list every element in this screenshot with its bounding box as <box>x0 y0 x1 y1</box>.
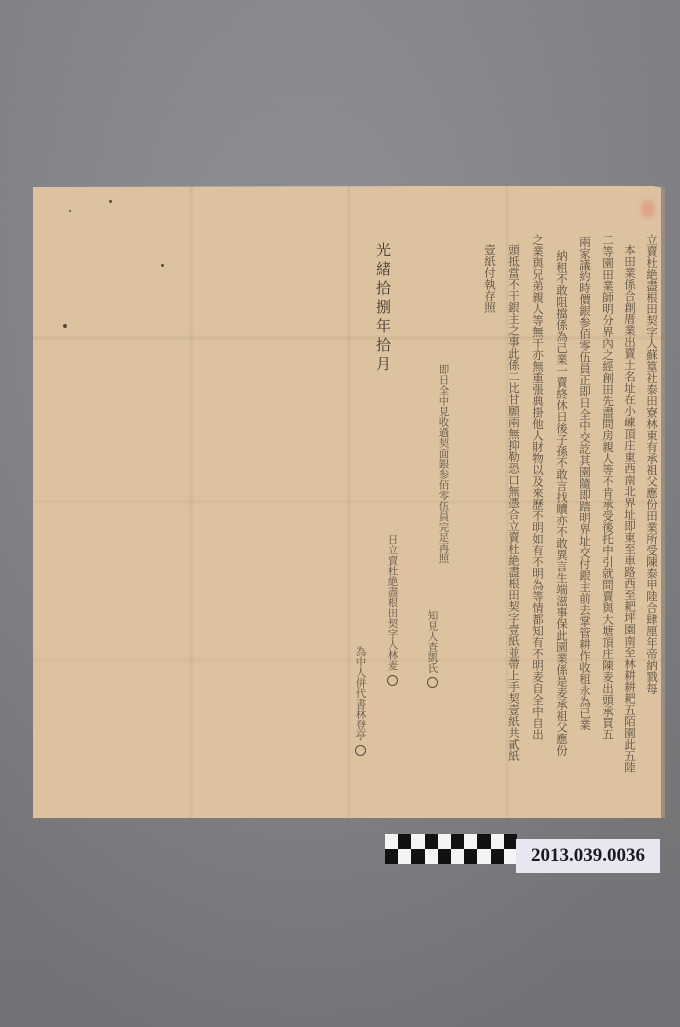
scale-square <box>385 834 398 849</box>
seller-name: 日立賣杜絶盡根田契字人林麦 <box>387 534 399 671</box>
seller-signature: 日立賣杜絶盡根田契字人林麦 <box>387 534 398 774</box>
seal-mark-icon <box>355 745 366 756</box>
ink-spot <box>63 324 67 328</box>
paper-right-edge <box>661 186 665 818</box>
contract-paper: 立賣杜絶盡根田契字人蘇篁社泰田寮林東有承祖父應份田業所受陳泰甲陸合肆厘年帝納戮每… <box>33 186 665 818</box>
scale-square <box>491 849 504 864</box>
scale-square <box>451 849 464 864</box>
body-column-2: 本田業係合創厝業出賣土名址在小崠頂庄東西南北界址即東至車路西至耙坪園南至林耕耕耙… <box>624 244 636 814</box>
body-column-3: 二等園田業師明分界內之經創田先盡問房親人等不肯承受後托中引就問賣與大塘頂庄陳麦出… <box>602 234 614 814</box>
body-column-1: 立賣杜絶盡根田契字人蘇篁社泰田寮林東有承祖父應份田業所受陳泰甲陸合肆厘年帝納戮每 <box>646 234 658 814</box>
scale-square <box>477 834 490 849</box>
scale-square <box>385 849 398 864</box>
seal-mark-icon <box>427 677 438 688</box>
catalog-number-label: 2013.039.0036 <box>516 839 660 873</box>
scale-square <box>425 849 438 864</box>
scale-square <box>451 834 464 849</box>
middleman-name: 為中人併代書林登亭 <box>355 646 367 741</box>
scale-square <box>425 834 438 849</box>
scale-square <box>491 834 504 849</box>
body-column-8: 壹紙付執存照 <box>484 244 496 364</box>
seal-mark-icon <box>387 675 398 686</box>
scale-square <box>504 834 517 849</box>
ink-spot <box>161 264 164 267</box>
middleman-signature: 為中人併代書林登亭 <box>355 646 366 806</box>
body-column-5: 納租不敢阻擋係為己業一賣終休日後子孫不敢言找贖亦不敢異言生端滋事保此園業係是麦承… <box>556 250 568 814</box>
witness-signature: 知見人查凱氏 <box>427 610 438 750</box>
scale-square <box>438 849 451 864</box>
witness-name: 知見人查凱氏 <box>427 610 439 673</box>
receipt-column: 即日全中見收過契面銀参佰零伍員完足再照 <box>438 364 449 624</box>
scale-square <box>464 849 477 864</box>
ink-spot <box>69 210 71 212</box>
scale-square <box>438 834 451 849</box>
scale-square <box>464 834 477 849</box>
scale-square <box>411 849 424 864</box>
contract-date: 光緒拾捌年拾月 <box>375 242 390 442</box>
scale-square <box>477 849 490 864</box>
scale-square <box>398 849 411 864</box>
scale-square <box>411 834 424 849</box>
red-stain-mark <box>641 200 655 218</box>
ink-spot <box>109 200 112 203</box>
scale-square <box>504 849 517 864</box>
scale-square <box>398 834 411 849</box>
body-column-6: 之業與兄弟親人等無干亦無重張典掛他人財物以及來歷不明如有不明為等情都知有不明麦自… <box>532 234 544 814</box>
body-column-4: 兩家議約時價銀参佰零伍員正即日全中交訖其園隨即踏明界址交付銀主前去掌管耕作收租永… <box>579 236 591 814</box>
color-scale-bar <box>385 834 517 864</box>
body-column-7: 頭抵當不干銀主之事此係二比甘願兩無抑勒恐口無憑合立賣杜絶盡根田契字壹紙並帶上手契… <box>508 244 520 814</box>
